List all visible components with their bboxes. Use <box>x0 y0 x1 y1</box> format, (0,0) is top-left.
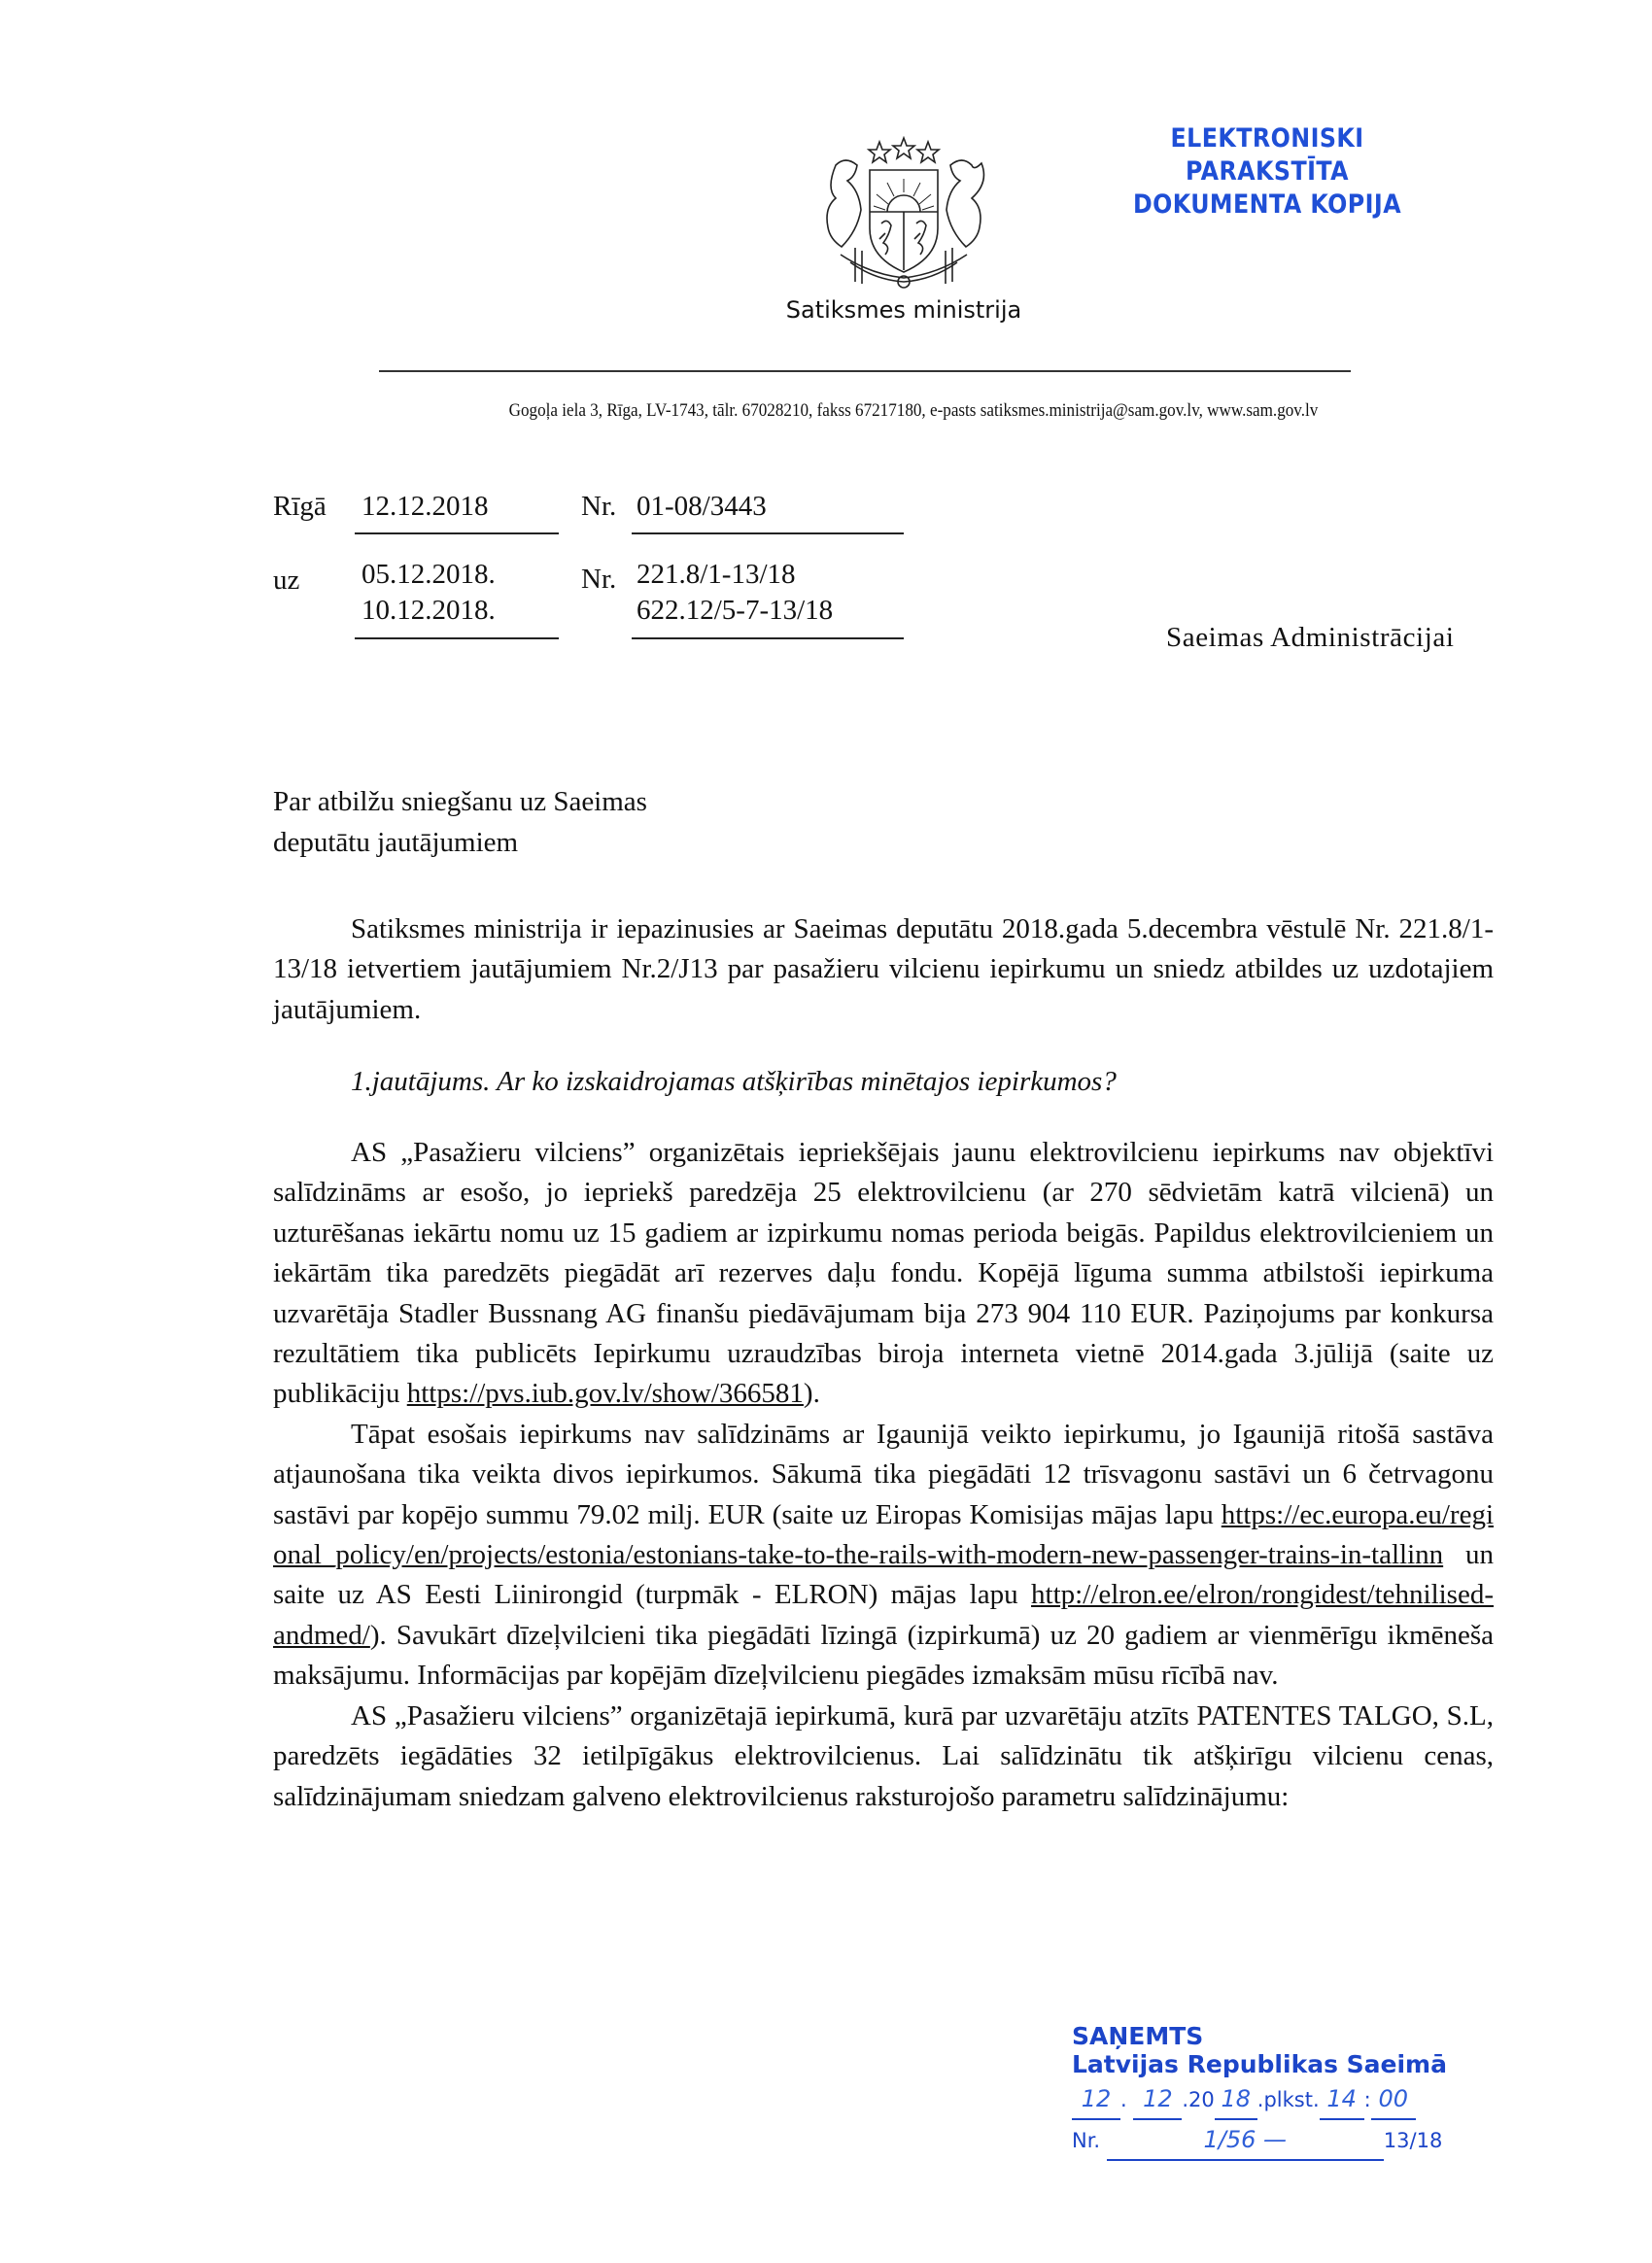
uz-date-underline <box>355 637 559 639</box>
received-year: 18 <box>1215 2079 1257 2120</box>
time-label: plkst. <box>1263 2088 1319 2111</box>
paragraph-1-end: ). <box>804 1378 820 1409</box>
ministry-address: Gogoļa iela 3, Rīga, LV-1743, tālr. 6702… <box>389 400 1438 422</box>
uz-number-1: 221.8/1-13/18 <box>637 559 796 591</box>
number-underline <box>632 532 904 534</box>
uz-date-2: 10.12.2018. <box>361 595 496 627</box>
received-nr-handwritten: 1/56 — <box>1107 2120 1384 2161</box>
ministry-name: Satiksmes ministrija <box>758 296 1050 324</box>
paragraph-2-end: ). Savukārt dīzeļvilcieni tika piegādāti… <box>273 1620 1494 1691</box>
received-stamp: SAŅEMTS Latvijas Republikas Saeimā 12. 1… <box>1072 2023 1447 2161</box>
place-label: Rīgā <box>273 491 327 523</box>
intro-paragraph: Satiksmes ministrija ir iepazinusies ar … <box>273 909 1494 1030</box>
header-divider <box>379 370 1351 372</box>
received-minute: 00 <box>1371 2079 1416 2120</box>
received-day: 12 <box>1072 2079 1120 2120</box>
received-title: SAŅEMTS <box>1072 2023 1447 2050</box>
subject-line-1: Par atbilžu sniegšanu uz Saeimas <box>273 781 647 822</box>
paragraph-1-text: AS „Pasažieru vilciens” organizētais iep… <box>273 1137 1494 1409</box>
nr-label: Nr. <box>581 491 616 523</box>
uz-date-1: 05.12.2018. <box>361 559 496 591</box>
letter-date: 12.12.2018 <box>361 491 489 523</box>
iub-link[interactable]: https://pvs.iub.gov.lv/show/366581 <box>407 1378 804 1409</box>
received-nr-suffix: 13/18 <box>1384 2129 1443 2152</box>
received-hour: 14 <box>1320 2079 1364 2120</box>
uz-nr-label: Nr. <box>581 564 616 596</box>
question-1-text: 1.jautājums. Ar ko izskaidrojamas atšķir… <box>273 1062 1494 1102</box>
uz-number-2: 622.12/5-7-13/18 <box>637 595 833 627</box>
stamp-line-1: ELEKTRONISKI PARAKSTĪTA <box>1096 122 1438 189</box>
received-number-row: Nr. 1/56 —13/18 <box>1072 2120 1447 2161</box>
electronic-signature-stamp: ELEKTRONISKI PARAKSTĪTA DOKUMENTA KOPIJA <box>1096 122 1438 222</box>
answer-body: AS „Pasažieru vilciens” organizētais iep… <box>273 1133 1494 1817</box>
recipient: Saeimas Administrācijai <box>1166 622 1455 654</box>
question-1: 1.jautājums. Ar ko izskaidrojamas atšķir… <box>273 1062 1494 1102</box>
received-date-row: 12. 12.2018.plkst.14:00 <box>1072 2079 1447 2120</box>
stamp-line-2: DOKUMENTA KOPIJA <box>1096 189 1438 222</box>
subject-line-2: deputātu jautājumiem <box>273 822 647 863</box>
latvia-coat-of-arms-icon <box>792 136 1015 291</box>
paragraph-1: AS „Pasažieru vilciens” organizētais iep… <box>273 1133 1494 1415</box>
uz-number-underline <box>632 637 904 639</box>
received-nr-label: Nr. <box>1072 2129 1100 2152</box>
paragraph-2: Tāpat esošais iepirkums nav salīdzināms … <box>273 1415 1494 1697</box>
letter-subject: Par atbilžu sniegšanu uz Saeimas deputāt… <box>273 781 647 863</box>
paragraph-3: AS „Pasažieru vilciens” organizētajā iep… <box>273 1697 1494 1817</box>
year-prefix: 20 <box>1188 2088 1215 2111</box>
intro-text: Satiksmes ministrija ir iepazinusies ar … <box>273 909 1494 1030</box>
received-month: 12 <box>1133 2079 1182 2120</box>
received-subtitle: Latvijas Republikas Saeimā <box>1072 2050 1447 2079</box>
letter-number: 01-08/3443 <box>637 491 767 523</box>
uz-label: uz <box>273 565 299 597</box>
date-underline <box>355 532 559 534</box>
